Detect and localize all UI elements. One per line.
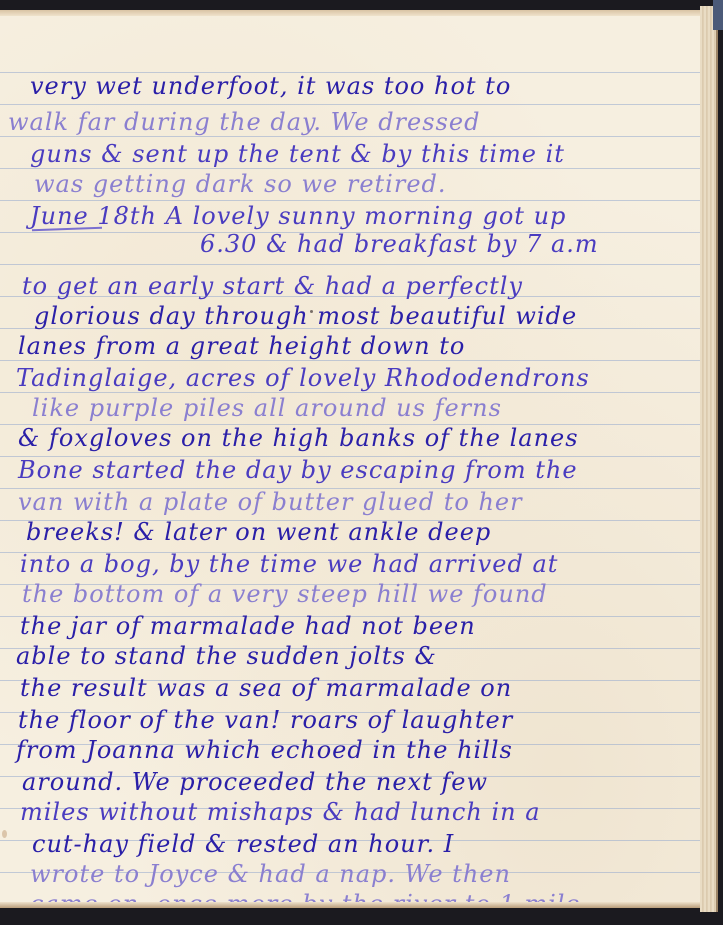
handwritten-line-9: lanes from a great height down to xyxy=(18,332,465,360)
page-top-edge xyxy=(0,10,700,16)
handwritten-line-19: able to stand the sudden jolts & xyxy=(16,642,437,670)
handwritten-line-16: into a bog, by the time we had arrived a… xyxy=(20,550,558,578)
handwritten-line-1: very wet underfoot, it was too hot to xyxy=(30,72,511,100)
book-cover-corner xyxy=(713,0,723,30)
handwritten-line-17: the bottom of a very steep hill we found xyxy=(22,580,548,608)
handwritten-line-4: was getting dark so we retired. xyxy=(34,170,447,198)
ruled-line xyxy=(0,104,700,105)
handwritten-line-23: around. We proceeded the next few xyxy=(22,768,488,796)
ruled-line xyxy=(0,360,700,361)
handwritten-line-22: from Joanna which echoed in the hills xyxy=(16,736,513,764)
diary-page: very wet underfoot, it was too hot to wa… xyxy=(0,10,700,908)
ruled-line xyxy=(0,136,700,137)
handwritten-line-20: the result was a sea of marmalade on xyxy=(20,674,512,702)
handwritten-line-15: breeks! & later on went ankle deep xyxy=(26,518,491,546)
handwritten-line-14: van with a plate of butter glued to her xyxy=(18,488,523,516)
handwritten-line-7: to get an early start & had a perfectly xyxy=(22,272,523,300)
handwritten-line-10: Tadinglaige, acres of lovely Rhododendro… xyxy=(16,364,590,392)
ink-dot xyxy=(310,310,313,313)
handwritten-line-8: glorious day through most beautiful wide xyxy=(34,302,577,330)
handwritten-line-11: like purple piles all around us ferns xyxy=(32,394,502,422)
ruled-line xyxy=(0,264,700,265)
ruled-line xyxy=(0,168,700,169)
page-stack-edge xyxy=(700,6,718,912)
page-bottom-edge xyxy=(0,902,700,908)
handwritten-line-21: the floor of the van! roars of laughter xyxy=(18,706,513,734)
paper-stain xyxy=(2,830,7,838)
handwritten-line-3: guns & sent up the tent & by this time i… xyxy=(30,140,565,168)
handwritten-line-26: wrote to Joyce & had a nap. We then xyxy=(30,860,511,888)
entry-date-line: June 18th A lovely sunny morning got up xyxy=(30,202,566,230)
handwritten-line-6: 6.30 & had breakfast by 7 a.m xyxy=(200,230,599,258)
handwritten-line-12: & foxgloves on the high banks of the lan… xyxy=(18,424,579,452)
ruled-line xyxy=(0,392,700,393)
handwritten-line-24: miles without mishaps & had lunch in a xyxy=(20,798,541,826)
handwritten-line-13: Bone started the day by escaping from th… xyxy=(18,456,578,484)
handwritten-line-18: the jar of marmalade had not been xyxy=(20,612,476,640)
handwritten-line-25: cut-hay field & rested an hour. I xyxy=(32,830,454,858)
handwritten-line-2: walk far during the day. We dressed xyxy=(8,108,480,136)
ruled-line xyxy=(0,200,700,201)
